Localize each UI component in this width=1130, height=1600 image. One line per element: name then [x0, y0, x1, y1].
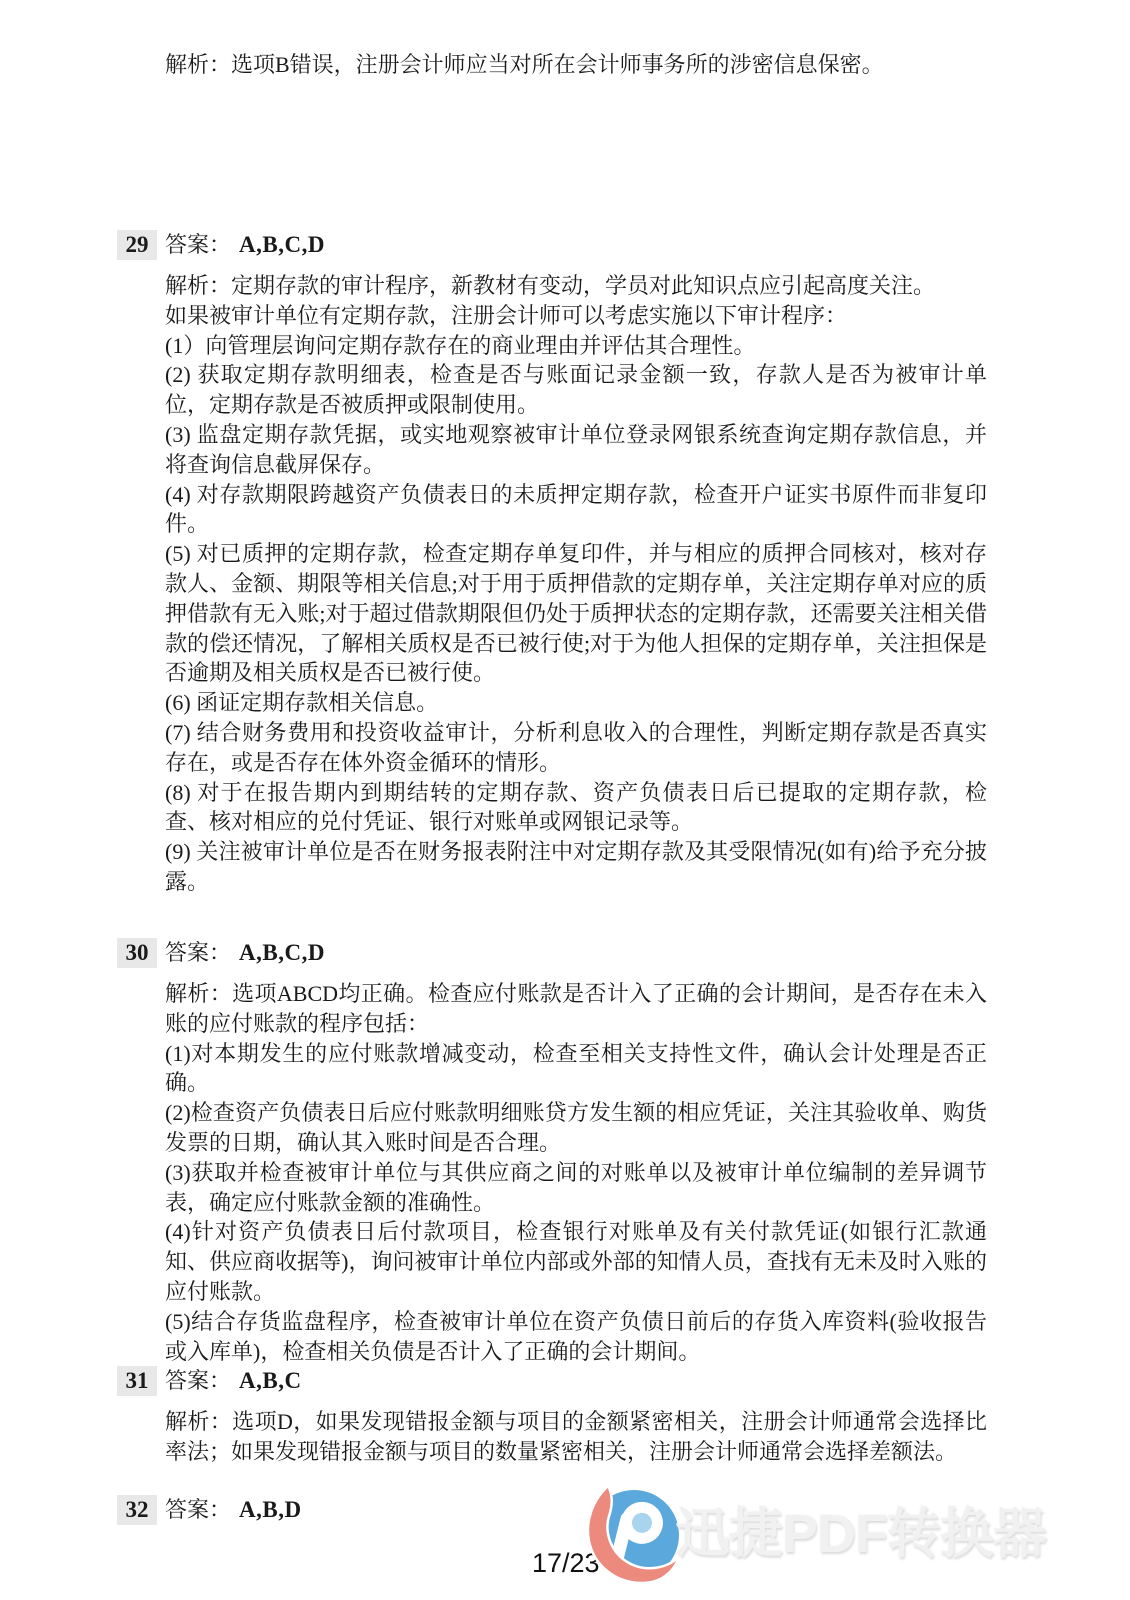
pdf-converter-logo-icon	[583, 1484, 683, 1584]
answer-value: A,B,C,D	[239, 940, 325, 966]
explanation-paragraph: (7) 结合财务费用和投资收益审计，分析利息收入的合理性，判断定期存款是否真实存…	[165, 718, 987, 778]
answer-label: 答案：	[165, 936, 231, 967]
explanation-paragraph: (2) 获取定期存款明细表，检查是否与账面记录金额一致，存款人是否为被审计单位，…	[165, 360, 987, 420]
explanation-paragraph: (5)结合存货监盘程序，检查被审计单位在资产负债日前后的存货入库资料(验收报告或…	[165, 1307, 987, 1367]
question-number: 29	[117, 230, 157, 260]
explanation-paragraph: 如果被审计单位有定期存款，注册会计师可以考虑实施以下审计程序：	[165, 301, 987, 331]
explanation-paragraph: (2)检查资产负债表日后应付账款明细账贷方发生额的相应凭证，关注其验收单、购货发…	[165, 1098, 987, 1158]
explanation: 解析：选项D，如果发现错报金额与项目的金额紧密相关，注册会计师通常会选择比率法；…	[165, 1407, 987, 1467]
watermark-text: 迅捷PDF转换器	[676, 1491, 1046, 1568]
explanation-paragraph: (4)针对资产负债表日后付款项目，检查银行对账单及有关付款凭证(如银行汇款通知、…	[165, 1217, 987, 1306]
explanation-paragraph: (4) 对存款期限跨越资产负债表日的未质押定期存款，检查开户证实书原件而非复印件…	[165, 480, 987, 540]
question-block: 30 答案： A,B,C,D 解析：选项ABCD均正确。检查应付账款是否计入了正…	[117, 936, 987, 1366]
explanation: 解析：定期存款的审计程序，新教材有变动，学员对此知识点应引起高度关注。如果被审计…	[165, 271, 987, 897]
document-page: 解析：选项B错误，注册会计师应当对所在会计师事务所的涉密信息保密。 29 答案：…	[0, 0, 1130, 1600]
question-number: 31	[117, 1366, 157, 1396]
explanation-paragraph: (5) 对已质押的定期存款，检查定期存单复印件，并与相应的质押合同核对，核对存款…	[165, 539, 987, 688]
answer-label: 答案：	[165, 1493, 231, 1524]
explanation: 解析：选项ABCD均正确。检查应付账款是否计入了正确的会计期间，是否存在未入账的…	[165, 979, 987, 1366]
answer-value: A,B,D	[239, 1497, 302, 1523]
intro-explanation: 解析：选项B错误，注册会计师应当对所在会计师事务所的涉密信息保密。	[165, 50, 995, 80]
answer-label: 答案：	[165, 1364, 231, 1395]
answer-row: 31 答案： A,B,C	[117, 1364, 987, 1396]
question-block: 31 答案： A,B,C 解析：选项D，如果发现错报金额与项目的金额紧密相关，注…	[117, 1364, 987, 1467]
answer-value: A,B,C,D	[239, 232, 325, 258]
explanation-paragraph: 解析：定期存款的审计程序，新教材有变动，学员对此知识点应引起高度关注。	[165, 271, 987, 301]
question-number: 30	[117, 938, 157, 968]
explanation-paragraph: (3)获取并检查被审计单位与其供应商之间的对账单以及被审计单位编制的差异调节表，…	[165, 1158, 987, 1218]
explanation-paragraph: (6) 函证定期存款相关信息。	[165, 688, 987, 718]
explanation-paragraph: (1）向管理层询问定期存款存在的商业理由并评估其合理性。	[165, 331, 987, 361]
question-number: 32	[117, 1495, 157, 1525]
answer-row: 29 答案： A,B,C,D	[117, 228, 987, 260]
answer-label: 答案：	[165, 228, 231, 259]
explanation-paragraph: (8) 对于在报告期内到期结转的定期存款、资产负债表日后已提取的定期存款，检查、…	[165, 778, 987, 838]
explanation-paragraph: (1)对本期发生的应付账款增减变动，检查至相关支持性文件，确认会计处理是否正确。	[165, 1039, 987, 1099]
explanation-paragraph: 解析：选项ABCD均正确。检查应付账款是否计入了正确的会计期间，是否存在未入账的…	[165, 979, 987, 1039]
answer-row: 30 答案： A,B,C,D	[117, 936, 987, 968]
explanation-paragraph: (9) 关注被审计单位是否在财务报表附注中对定期存款及其受限情况(如有)给予充分…	[165, 837, 987, 897]
question-block: 29 答案： A,B,C,D 解析：定期存款的审计程序，新教材有变动，学员对此知…	[117, 228, 987, 897]
explanation-paragraph: 解析：选项D，如果发现错报金额与项目的金额紧密相关，注册会计师通常会选择比率法；…	[165, 1407, 987, 1467]
answer-value: A,B,C	[239, 1368, 302, 1394]
explanation-paragraph: (3) 监盘定期存款凭据，或实地观察被审计单位登录网银系统查询定期存款信息，并将…	[165, 420, 987, 480]
